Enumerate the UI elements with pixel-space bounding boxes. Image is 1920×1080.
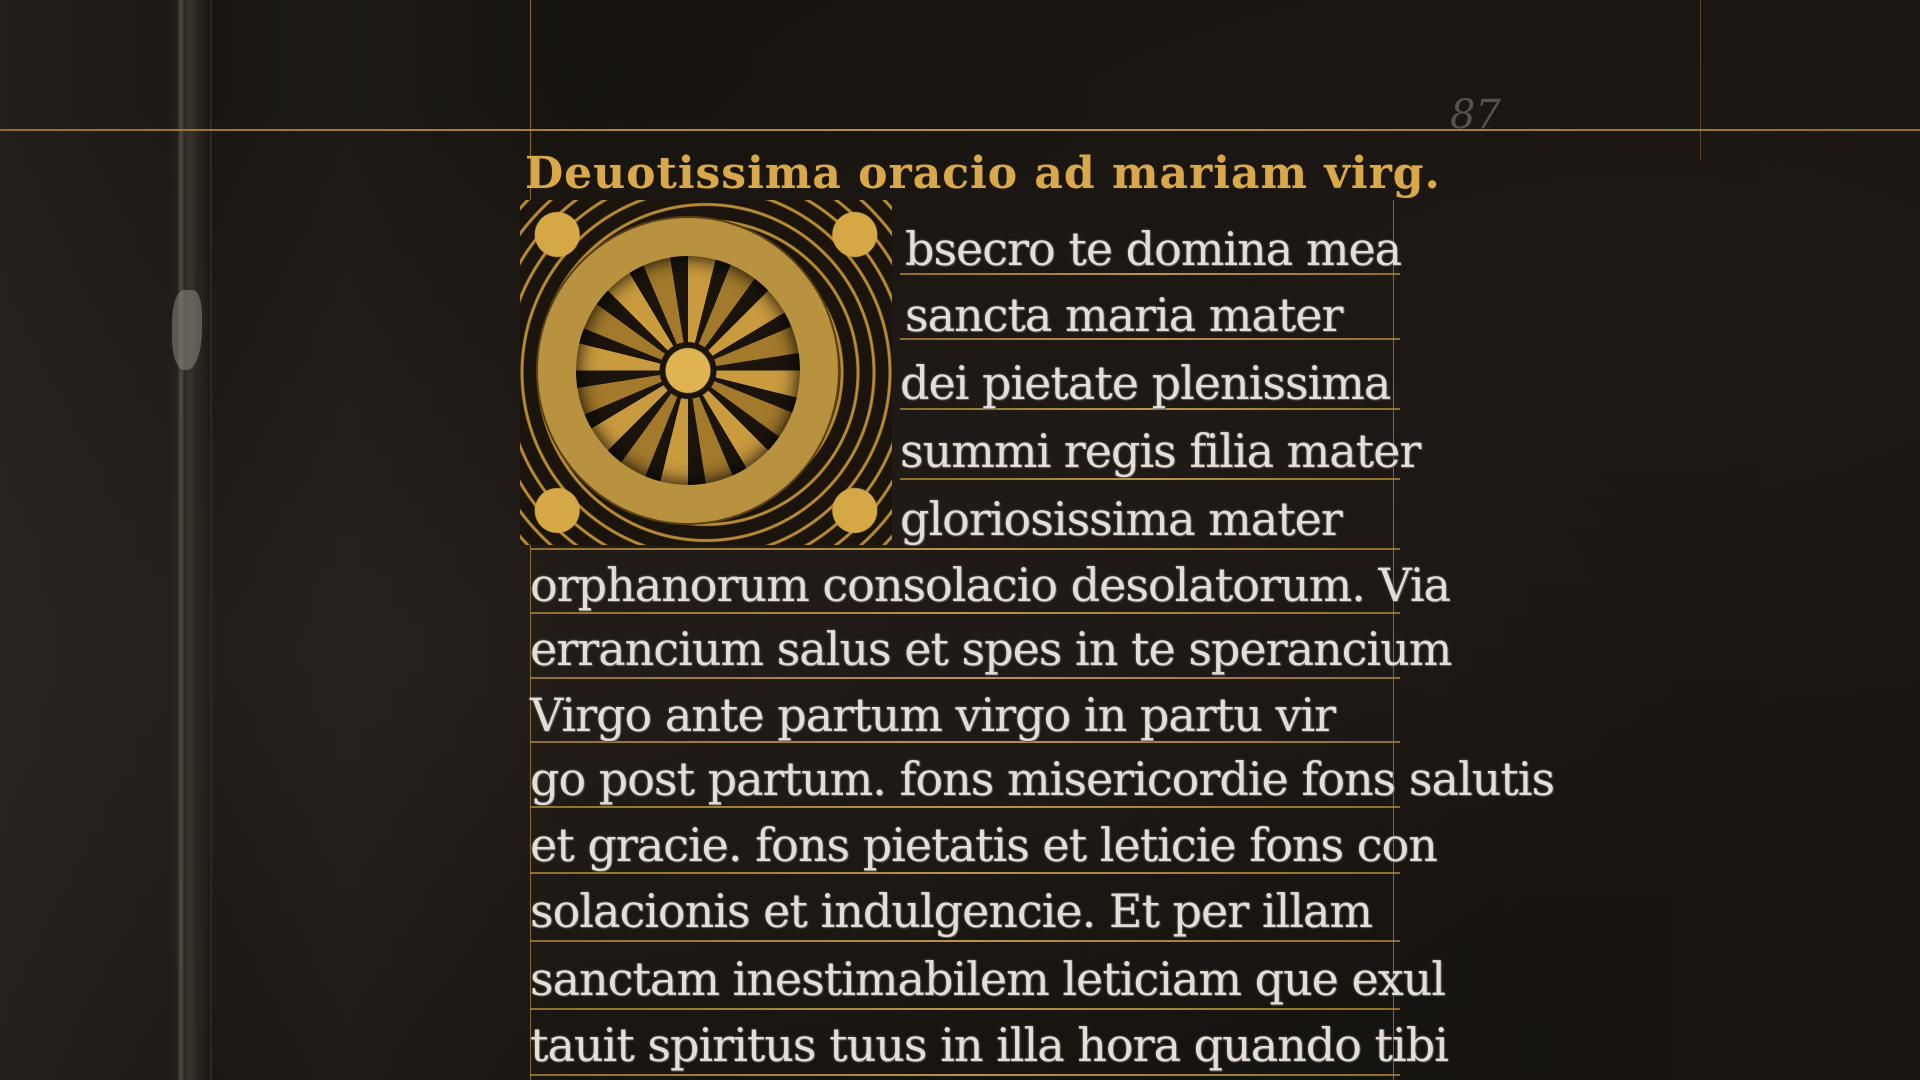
leaf-edge — [210, 0, 212, 1080]
text-line-5: gloriosissima mater — [900, 492, 1342, 546]
text-line-4: summi regis filia mater — [900, 424, 1420, 478]
text-ruling-line — [530, 872, 1400, 874]
text-ruling-line — [530, 1008, 1400, 1010]
text-line-13: tauit spiritus tuus in illa hora quando … — [530, 1018, 1448, 1072]
text-line-7: errancium salus et spes in te sperancium — [530, 622, 1451, 676]
gutter-wear-patch — [172, 290, 202, 370]
top-ruling-line — [0, 129, 1920, 131]
text-line-8: Virgo ante partum virgo in partu vir — [530, 688, 1335, 742]
binding-gutter — [170, 0, 210, 1080]
text-ruling-line — [530, 548, 1400, 550]
illuminated-initial — [520, 200, 892, 545]
rubric-heading: Deuotissima oracio ad mariam virg. — [525, 148, 1425, 199]
text-line-10: et gracie. fons pietatis et leticie fons… — [530, 818, 1437, 872]
text-line-9: go post partum. fons misericordie fons s… — [530, 752, 1554, 806]
text-ruling-line — [530, 806, 1400, 808]
binding-fold — [178, 0, 184, 1080]
text-line-12: sanctam inestimabilem leticiam que exul — [530, 952, 1445, 1006]
text-line-3: dei pietate plenissima — [900, 356, 1390, 410]
text-ruling-line — [530, 940, 1400, 942]
manuscript-page: 87 Deuotissima oracio ad mariam virg. bs… — [0, 0, 1920, 1080]
text-ruling-line — [530, 1074, 1400, 1076]
text-line-2: sancta maria mater — [905, 288, 1343, 342]
text-ruling-line — [530, 612, 1400, 614]
gold-letter-o-rosette — [538, 218, 838, 523]
text-ruling-line — [900, 478, 1400, 480]
text-line-1: bsecro te domina mea — [905, 222, 1401, 276]
text-line-6: orphanorum consolacio desolatorum. Via — [530, 558, 1450, 612]
text-ruling-line — [530, 677, 1400, 679]
text-line-11: solacionis et indulgencie. Et per illam — [530, 884, 1372, 938]
folio-number: 87 — [1450, 92, 1501, 138]
outer-ruling — [1700, 0, 1701, 160]
